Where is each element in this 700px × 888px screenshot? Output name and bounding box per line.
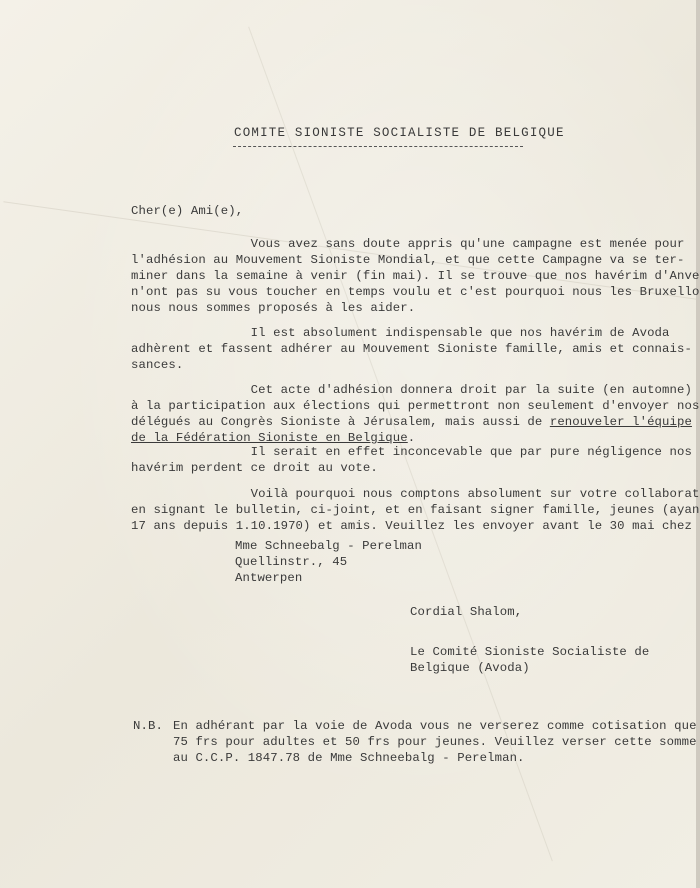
signature-line: Le Comité Sioniste Socialiste de <box>410 645 649 659</box>
salutation: Cher(e) Ami(e), <box>131 204 243 218</box>
nb-text-line: En adhérant par la voie de Avoda vous ne… <box>173 719 697 733</box>
signature-line: Belgique (Avoda) <box>410 661 530 675</box>
underlined-text: renouveler l'équipe <box>550 415 692 429</box>
paragraph-1-line: miner dans la semaine à venir (fin mai).… <box>131 269 700 283</box>
paper-edge <box>696 0 700 888</box>
paragraph-5-line: 17 ans depuis 1.10.1970) et amis. Veuill… <box>131 519 692 533</box>
paragraph-2-line: Il est absolument indispensable que nos … <box>131 326 670 340</box>
text: délégués au Congrès Sioniste à Jérusalem… <box>131 415 550 429</box>
address-line: Mme Schneebalg - Perelman <box>235 539 422 553</box>
closing: Cordial Shalom, <box>410 605 522 619</box>
text: . <box>408 431 415 445</box>
paragraph-3-line: de la Fédération Sioniste en Belgique. <box>131 431 415 445</box>
nb-text-line: au C.C.P. 1847.78 de Mme Schneebalg - Pe… <box>173 751 525 765</box>
underlined-text: de la Fédération Sioniste en Belgique <box>131 431 408 445</box>
paragraph-1-line: l'adhésion au Mouvement Sioniste Mondial… <box>131 253 684 267</box>
address-line: Quellinstr., 45 <box>235 555 347 569</box>
paragraph-2-line: sances. <box>131 358 183 372</box>
paragraph-1-line: n'ont pas su vous toucher en temps voulu… <box>131 285 700 299</box>
paragraph-1-line: Vous avez sans doute appris qu'une campa… <box>131 237 684 251</box>
nb-text-line: 75 frs pour adultes et 50 frs pour jeune… <box>173 735 697 749</box>
nb-label: N.B. <box>133 719 163 733</box>
heading-underline <box>233 146 523 147</box>
letter-heading: COMITE SIONISTE SOCIALISTE DE BELGIQUE <box>234 126 565 140</box>
address-line: Antwerpen <box>235 571 302 585</box>
paragraph-5-line: en signant le bulletin, ci-joint, et en … <box>131 503 700 517</box>
paragraph-3-line: à la participation aux élections qui per… <box>131 399 699 413</box>
paragraph-4-line: havérim perdent ce droit au vote. <box>131 461 378 475</box>
paragraph-2-line: adhèrent et fassent adhérer au Mouvement… <box>131 342 692 356</box>
paragraph-5-line: Voilà pourquoi nous comptons absolument … <box>131 487 700 501</box>
paragraph-1-line: nous nous sommes proposés à les aider. <box>131 301 415 315</box>
paragraph-4-line: Il serait en effet inconcevable que par … <box>131 445 692 459</box>
paragraph-3-line: Cet acte d'adhésion donnera droit par la… <box>131 383 692 397</box>
paragraph-3-line: délégués au Congrès Sioniste à Jérusalem… <box>131 415 692 429</box>
letter-page: COMITE SIONISTE SOCIALISTE DE BELGIQUE C… <box>0 0 700 888</box>
